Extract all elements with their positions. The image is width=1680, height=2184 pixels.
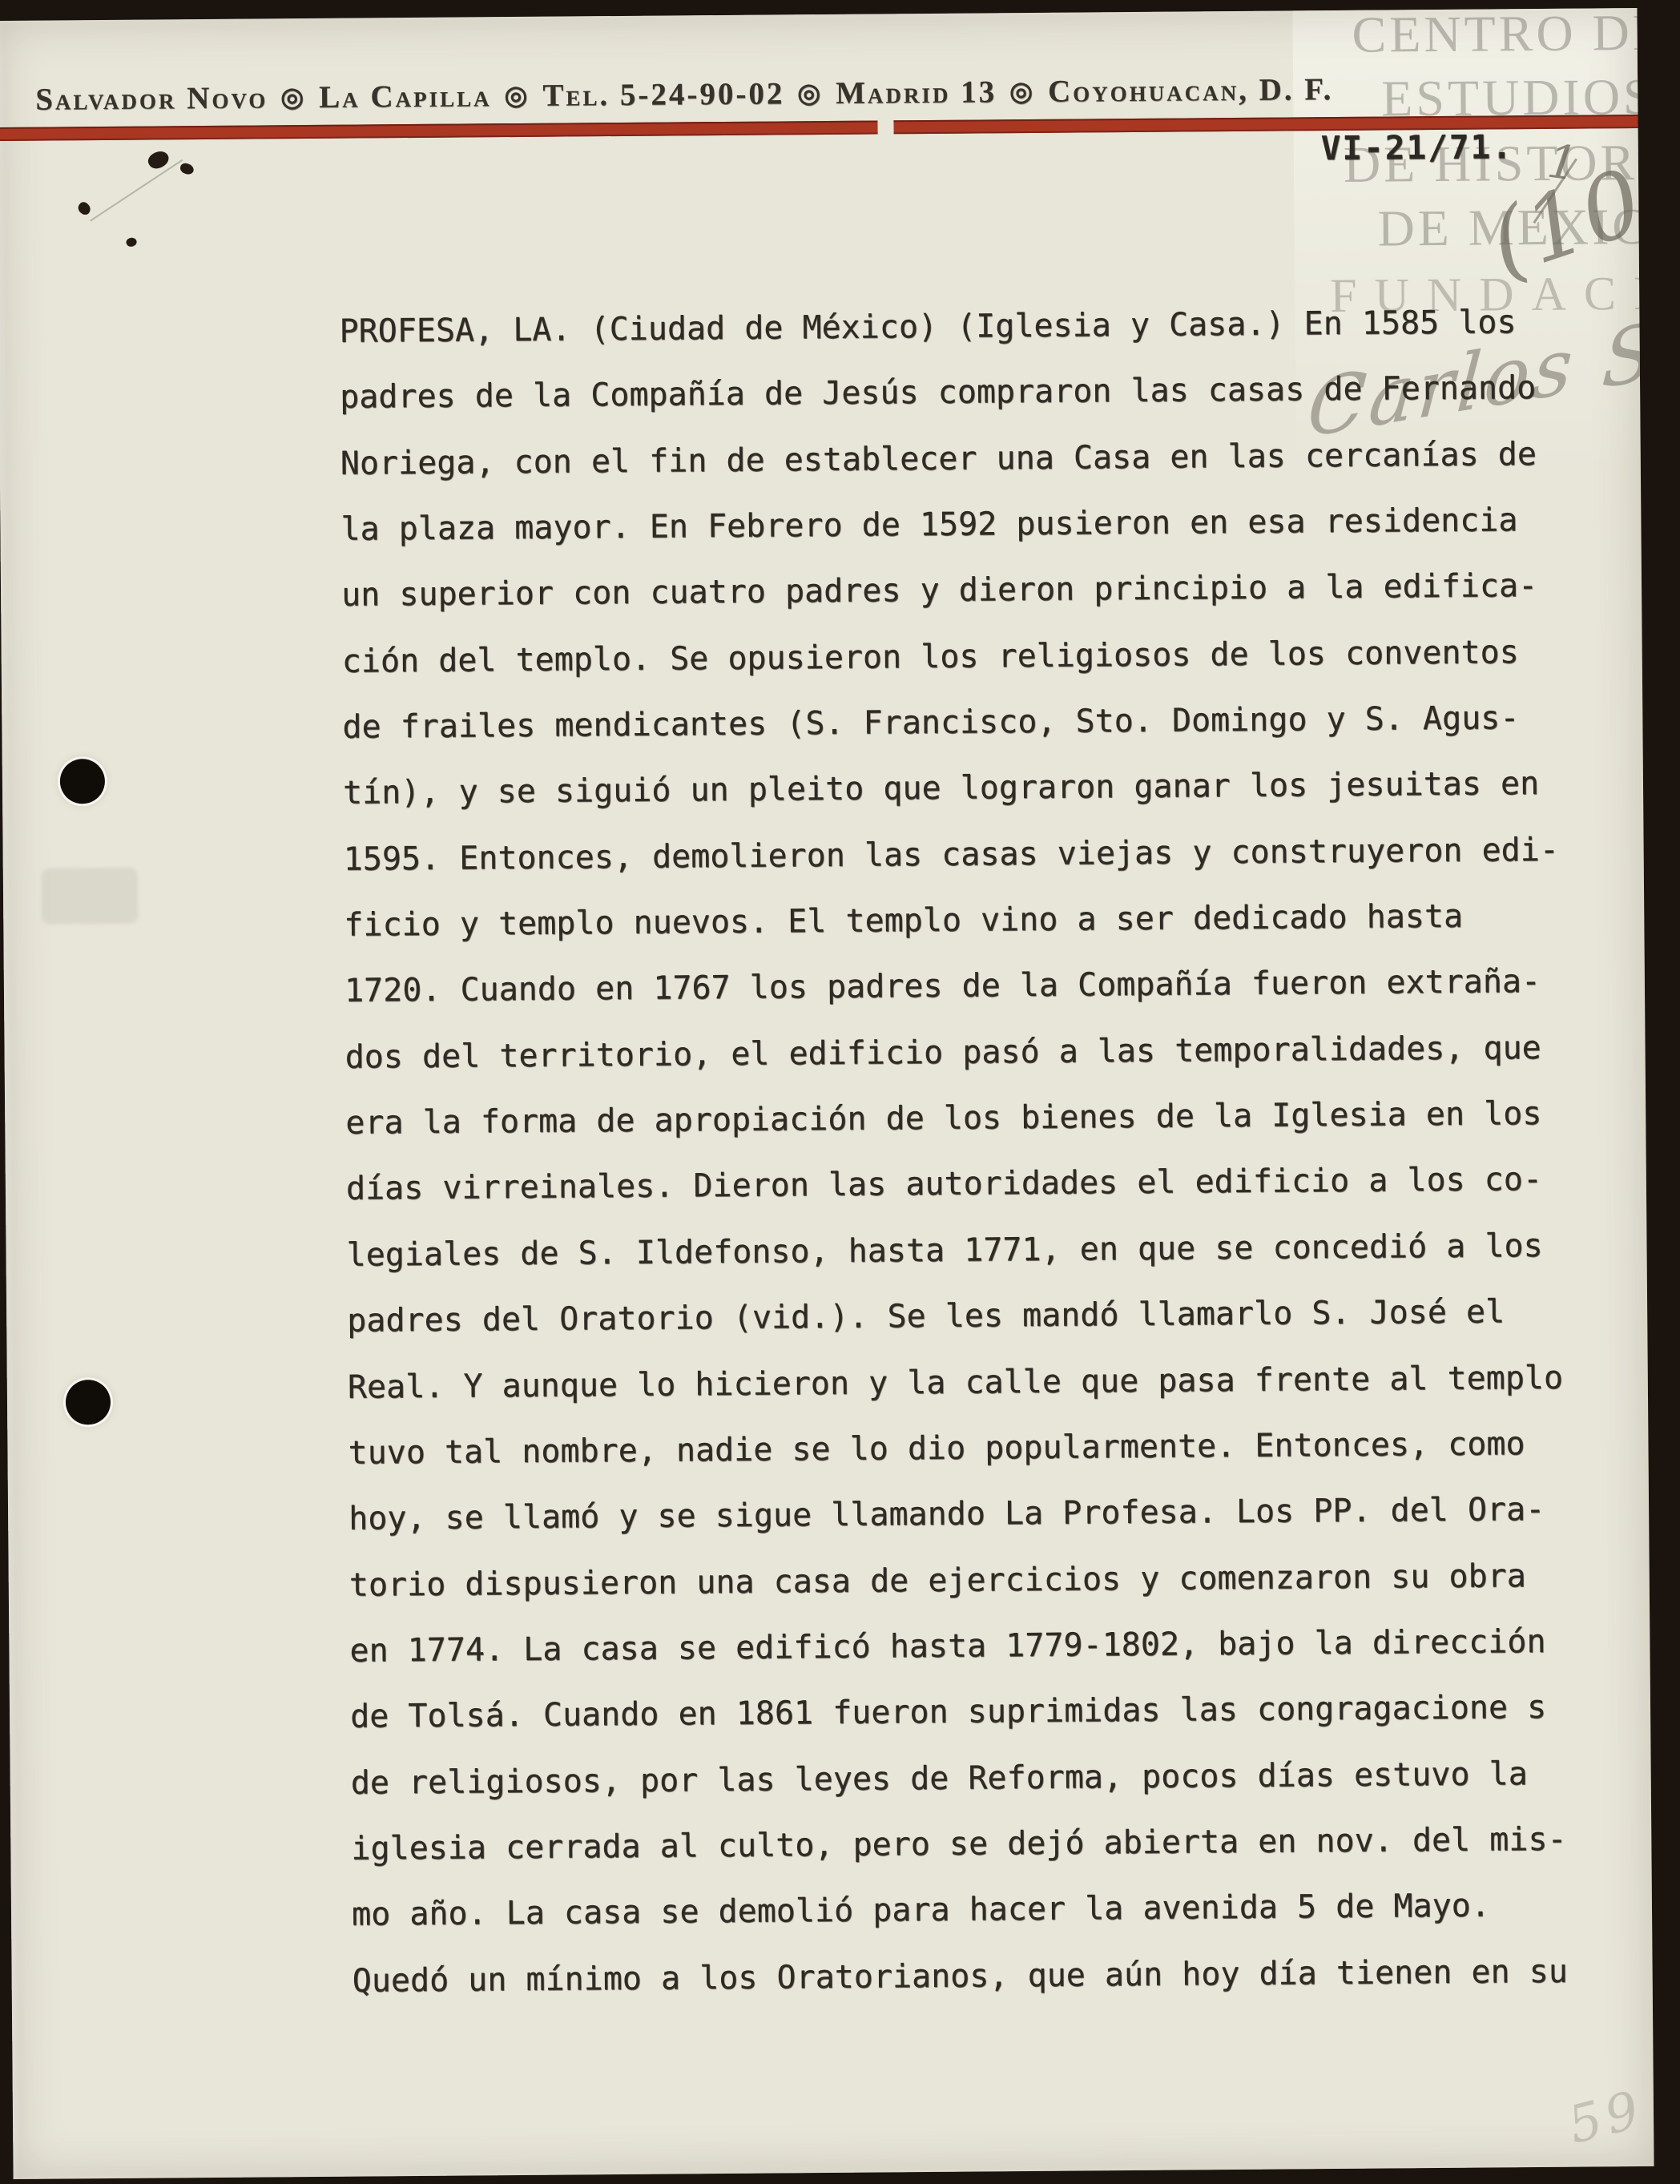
ring-ornament-icon: ◎: [280, 81, 306, 113]
ring-ornament-icon: ◎: [1009, 75, 1035, 107]
typewritten-line: PROFESA, LA. (Ciudad de México) (Iglesia…: [339, 288, 1589, 365]
ring-ornament-icon: ◎: [504, 79, 530, 111]
letterhead-house: La Capilla: [319, 79, 492, 115]
letterhead-street: Madrid 13: [836, 75, 997, 111]
typewritten-line: iglesia cerrada al culto, pero se dejó a…: [351, 1806, 1601, 1882]
ink-speck: [179, 162, 195, 175]
letterhead-city: Coyohuacan, D. F.: [1048, 72, 1334, 109]
typewritten-line: de Tolsá. Cuando en 1861 fueron suprimid…: [350, 1674, 1601, 1751]
letterhead: Salvador Novo◎La Capilla◎Tel. 5-24-90-02…: [35, 70, 1557, 118]
hole-punch-top: [60, 759, 105, 804]
typewritten-line: tuvo tal nombre, nadie se lo dio popular…: [348, 1410, 1598, 1486]
ink-speck: [125, 236, 138, 248]
typewritten-line: 1720. Cuando en 1767 los padres de la Co…: [344, 949, 1595, 1025]
typewritten-line: Quedó un mínimo a los Oratorianos, que a…: [352, 1938, 1602, 2014]
typewritten-line: torio dispusieron una casa de ejercicios…: [348, 1542, 1599, 1618]
typewritten-line: Noriega, con el fin de establecer una Ca…: [340, 421, 1590, 497]
typewritten-line: en 1774. La casa se edificó hasta 1779-1…: [349, 1608, 1600, 1684]
typewritten-line: hoy, se llamó y se sigue llamando La Pro…: [348, 1477, 1599, 1553]
ink-speck: [76, 200, 93, 217]
watermark-line-1: CENTRO DE: [1352, 8, 1654, 65]
typewritten-line: legiales de S. Ildefonso, hasta 1771, en…: [346, 1212, 1597, 1288]
watermark-line-2: ESTUDIOS: [1381, 67, 1654, 129]
hole-punch-bottom: [66, 1380, 111, 1424]
typewritten-line: ción del templo. Se opusieron los religi…: [341, 619, 1592, 695]
typewritten-line: padres del Oratorio (vid.). Se les mandó…: [347, 1279, 1597, 1355]
scanned-document-canvas: Salvador Novo◎La Capilla◎Tel. 5-24-90-02…: [0, 0, 1680, 2184]
typewritten-line: de frailes mendicantes (S. Francisco, St…: [342, 685, 1593, 761]
typewritten-line: la plaza mayor. En Febrero de 1592 pusie…: [340, 487, 1591, 563]
letterhead-name: Salvador Novo: [35, 80, 268, 116]
ring-ornament-icon: ◎: [797, 77, 823, 109]
typewritten-line: mo año. La casa se demolió para hacer la…: [352, 1872, 1602, 1948]
typewritten-line: Real. Y aunque lo hicieron y la calle qu…: [348, 1344, 1598, 1420]
typewritten-line: 1595. Entonces, demolieron las casas vie…: [343, 816, 1593, 893]
document-paper: Salvador Novo◎La Capilla◎Tel. 5-24-90-02…: [0, 8, 1654, 2179]
typewritten-text-block: PROFESA, LA. (Ciudad de México) (Iglesia…: [339, 288, 1602, 2013]
letterhead-phone: Tel. 5-24-90-02: [542, 76, 784, 112]
typewritten-line: tín), y se siguió un pleito que lograron…: [343, 751, 1593, 827]
page-number-pencil: 59: [1562, 2080, 1650, 2156]
date-stamp: VI-21/71.: [1321, 127, 1514, 167]
typewritten-line: dos del territorio, el edificio pasó a l…: [344, 1014, 1595, 1090]
red-rule-left: [0, 120, 878, 141]
typewritten-line: era la forma de apropiación de los biene…: [345, 1081, 1596, 1157]
typewritten-line: de religiosos, por las leyes de Reforma,…: [350, 1740, 1601, 1816]
typewritten-line: ficio y templo nuevos. El templo vino a …: [344, 883, 1594, 959]
typewritten-line: un superior con cuatro padres y dieron p…: [341, 553, 1592, 629]
paper-smudge: [42, 868, 139, 925]
pencil-scratch-mark: [90, 159, 183, 222]
typewritten-line: padres de la Compañía de Jesús compraron…: [340, 355, 1590, 431]
typewritten-line: días virreinales. Dieron las autoridades…: [346, 1146, 1597, 1223]
